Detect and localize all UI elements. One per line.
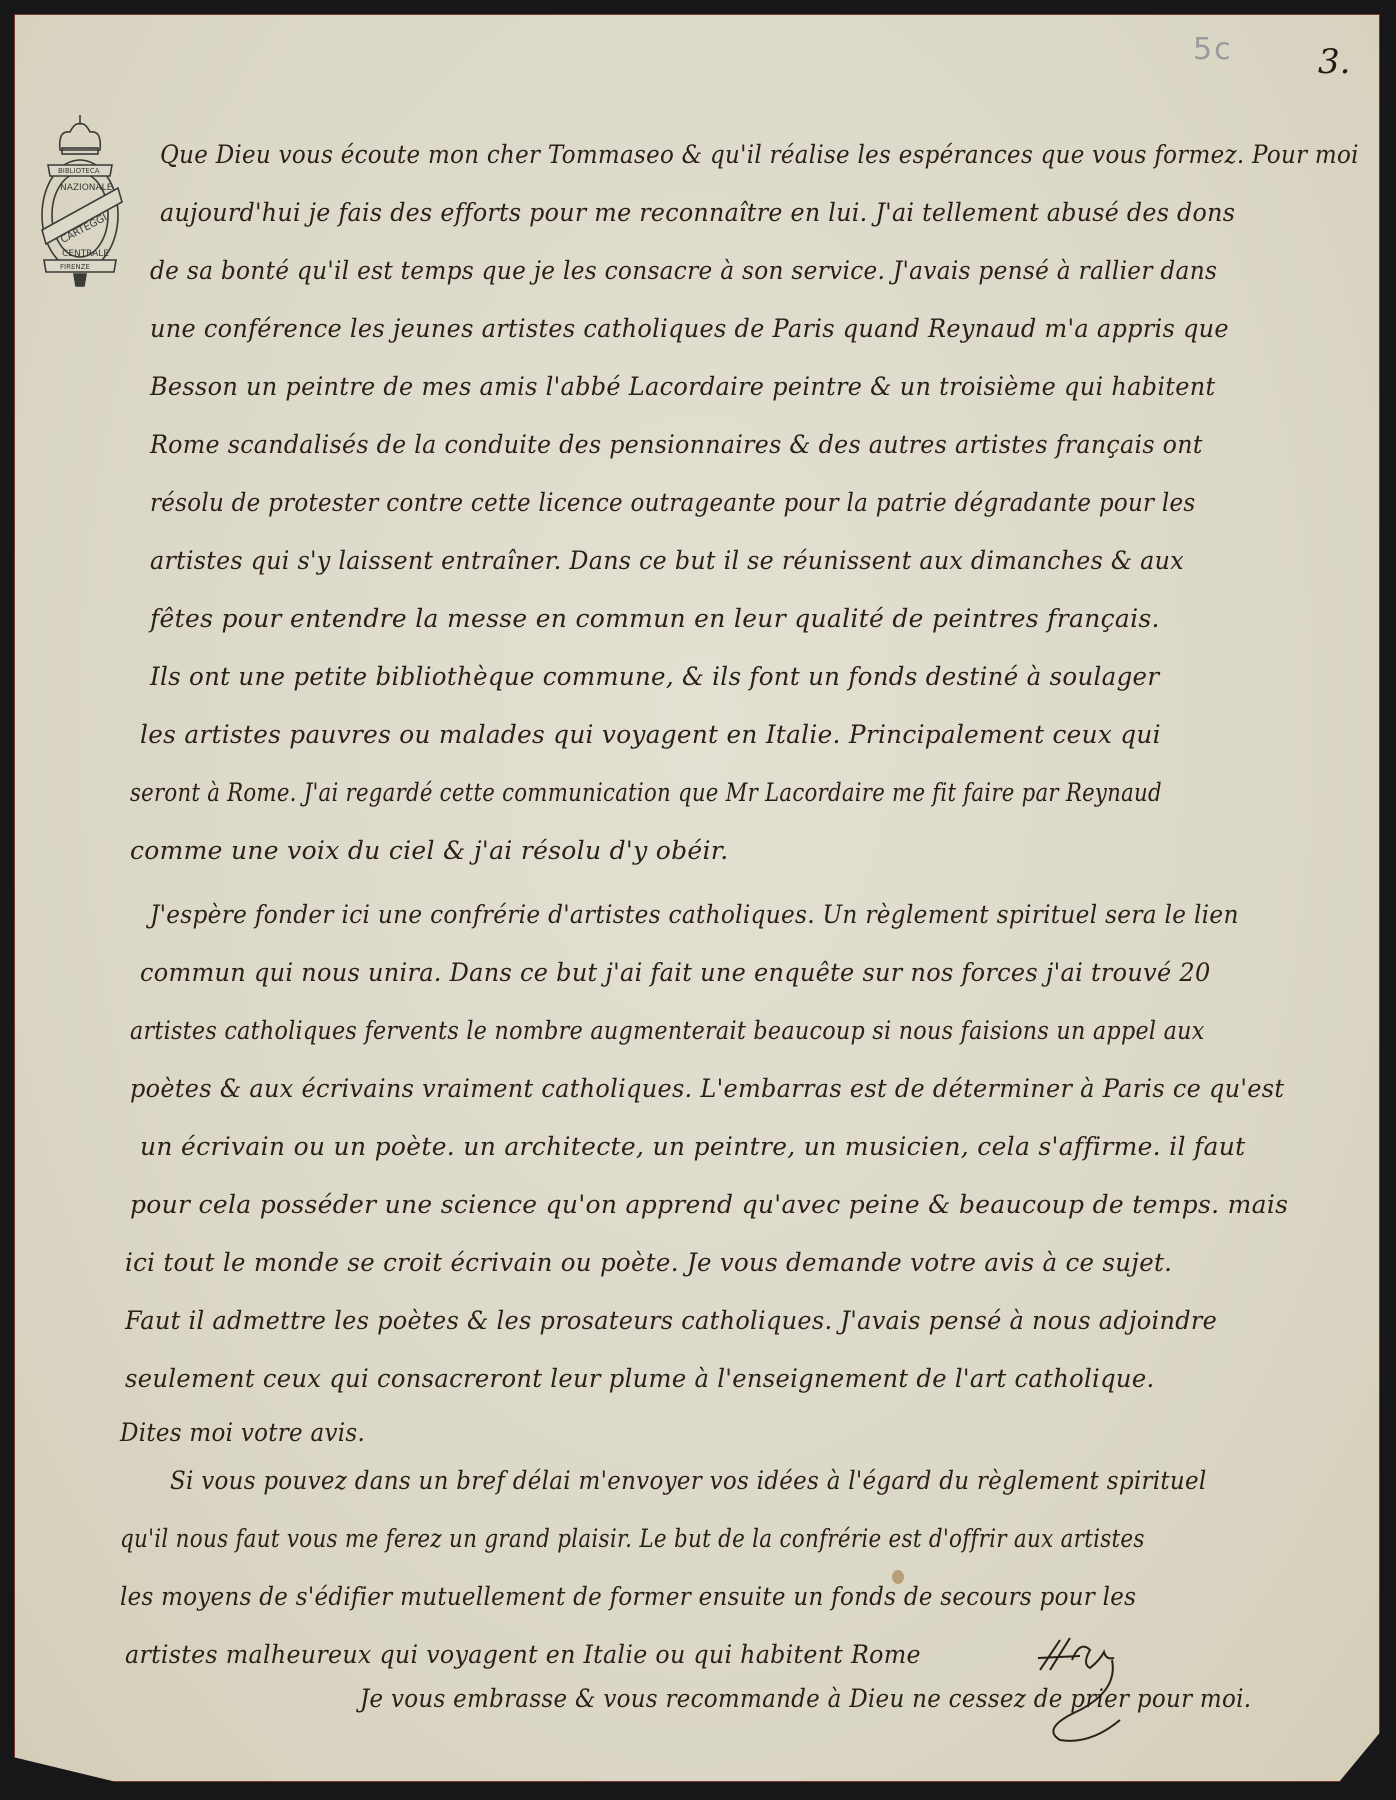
letter-line: Que Dieu vous écoute mon cher Tommaseo &… xyxy=(160,140,1359,169)
svg-text:FIRENZE: FIRENZE xyxy=(60,263,90,271)
letter-line: les artistes pauvres ou malades qui voya… xyxy=(140,720,1161,749)
svg-text:NAZIONALE: NAZIONALE xyxy=(60,183,113,193)
letter-line: Si vous pouvez dans un bref délai m'envo… xyxy=(170,1466,1207,1495)
letter-line: pour cela posséder une science qu'on app… xyxy=(130,1190,1288,1219)
signature-icon xyxy=(1020,1630,1160,1770)
letter-line: artistes catholiques fervents le nombre … xyxy=(130,1016,1205,1045)
letter-line: aujourd'hui je fais des efforts pour me … xyxy=(160,198,1235,227)
letter-line: poètes & aux écrivains vraiment catholiq… xyxy=(130,1074,1284,1103)
letter-line: ici tout le monde se croit écrivain ou p… xyxy=(125,1248,1172,1277)
letter-line: résolu de protester contre cette licence… xyxy=(150,488,1195,517)
letter-line: comme une voix du ciel & j'ai résolu d'y… xyxy=(130,836,729,865)
letter-line: J'espère fonder ici une confrérie d'arti… xyxy=(150,900,1239,929)
library-stamp-icon: BIBLIOTECA NAZIONALE CARTEGGI CENTRALE F… xyxy=(30,110,130,290)
letter-line: Besson un peintre de mes amis l'abbé Lac… xyxy=(150,372,1215,401)
pencil-annotation: 5c xyxy=(1193,32,1233,67)
ink-stain xyxy=(892,1570,904,1584)
letter-line: Dites moi votre avis. xyxy=(120,1418,365,1447)
letter-line: un écrivain ou un poète. un architecte, … xyxy=(140,1132,1246,1161)
letter-line: Faut il admettre les poètes & les prosat… xyxy=(125,1306,1217,1335)
page-number: 3. xyxy=(1318,42,1350,82)
svg-text:CENTRALE: CENTRALE xyxy=(62,249,109,259)
letter-line: de sa bonté qu'il est temps que je les c… xyxy=(150,256,1217,285)
svg-text:BIBLIOTECA: BIBLIOTECA xyxy=(58,167,100,175)
letter-line: une conférence les jeunes artistes catho… xyxy=(150,314,1229,343)
letter-line: artistes qui s'y laissent entraîner. Dan… xyxy=(150,546,1184,575)
letter-line: les moyens de s'édifier mutuellement de … xyxy=(120,1582,1136,1611)
letter-line: Ils ont une petite bibliothèque commune,… xyxy=(150,662,1159,691)
letter-line: seulement ceux qui consacreront leur plu… xyxy=(125,1364,1154,1393)
letter-line: commun qui nous unira. Dans ce but j'ai … xyxy=(140,958,1211,987)
letter-line: Rome scandalisés de la conduite des pens… xyxy=(150,430,1203,459)
letter-line: qu'il nous faut vous me ferez un grand p… xyxy=(120,1524,1145,1553)
letter-line: fêtes pour entendre la messe en commun e… xyxy=(150,604,1160,633)
letter-line: artistes malheureux qui voyagent en Ital… xyxy=(125,1640,921,1669)
letter-line: seront à Rome. J'ai regardé cette commun… xyxy=(130,778,1162,807)
